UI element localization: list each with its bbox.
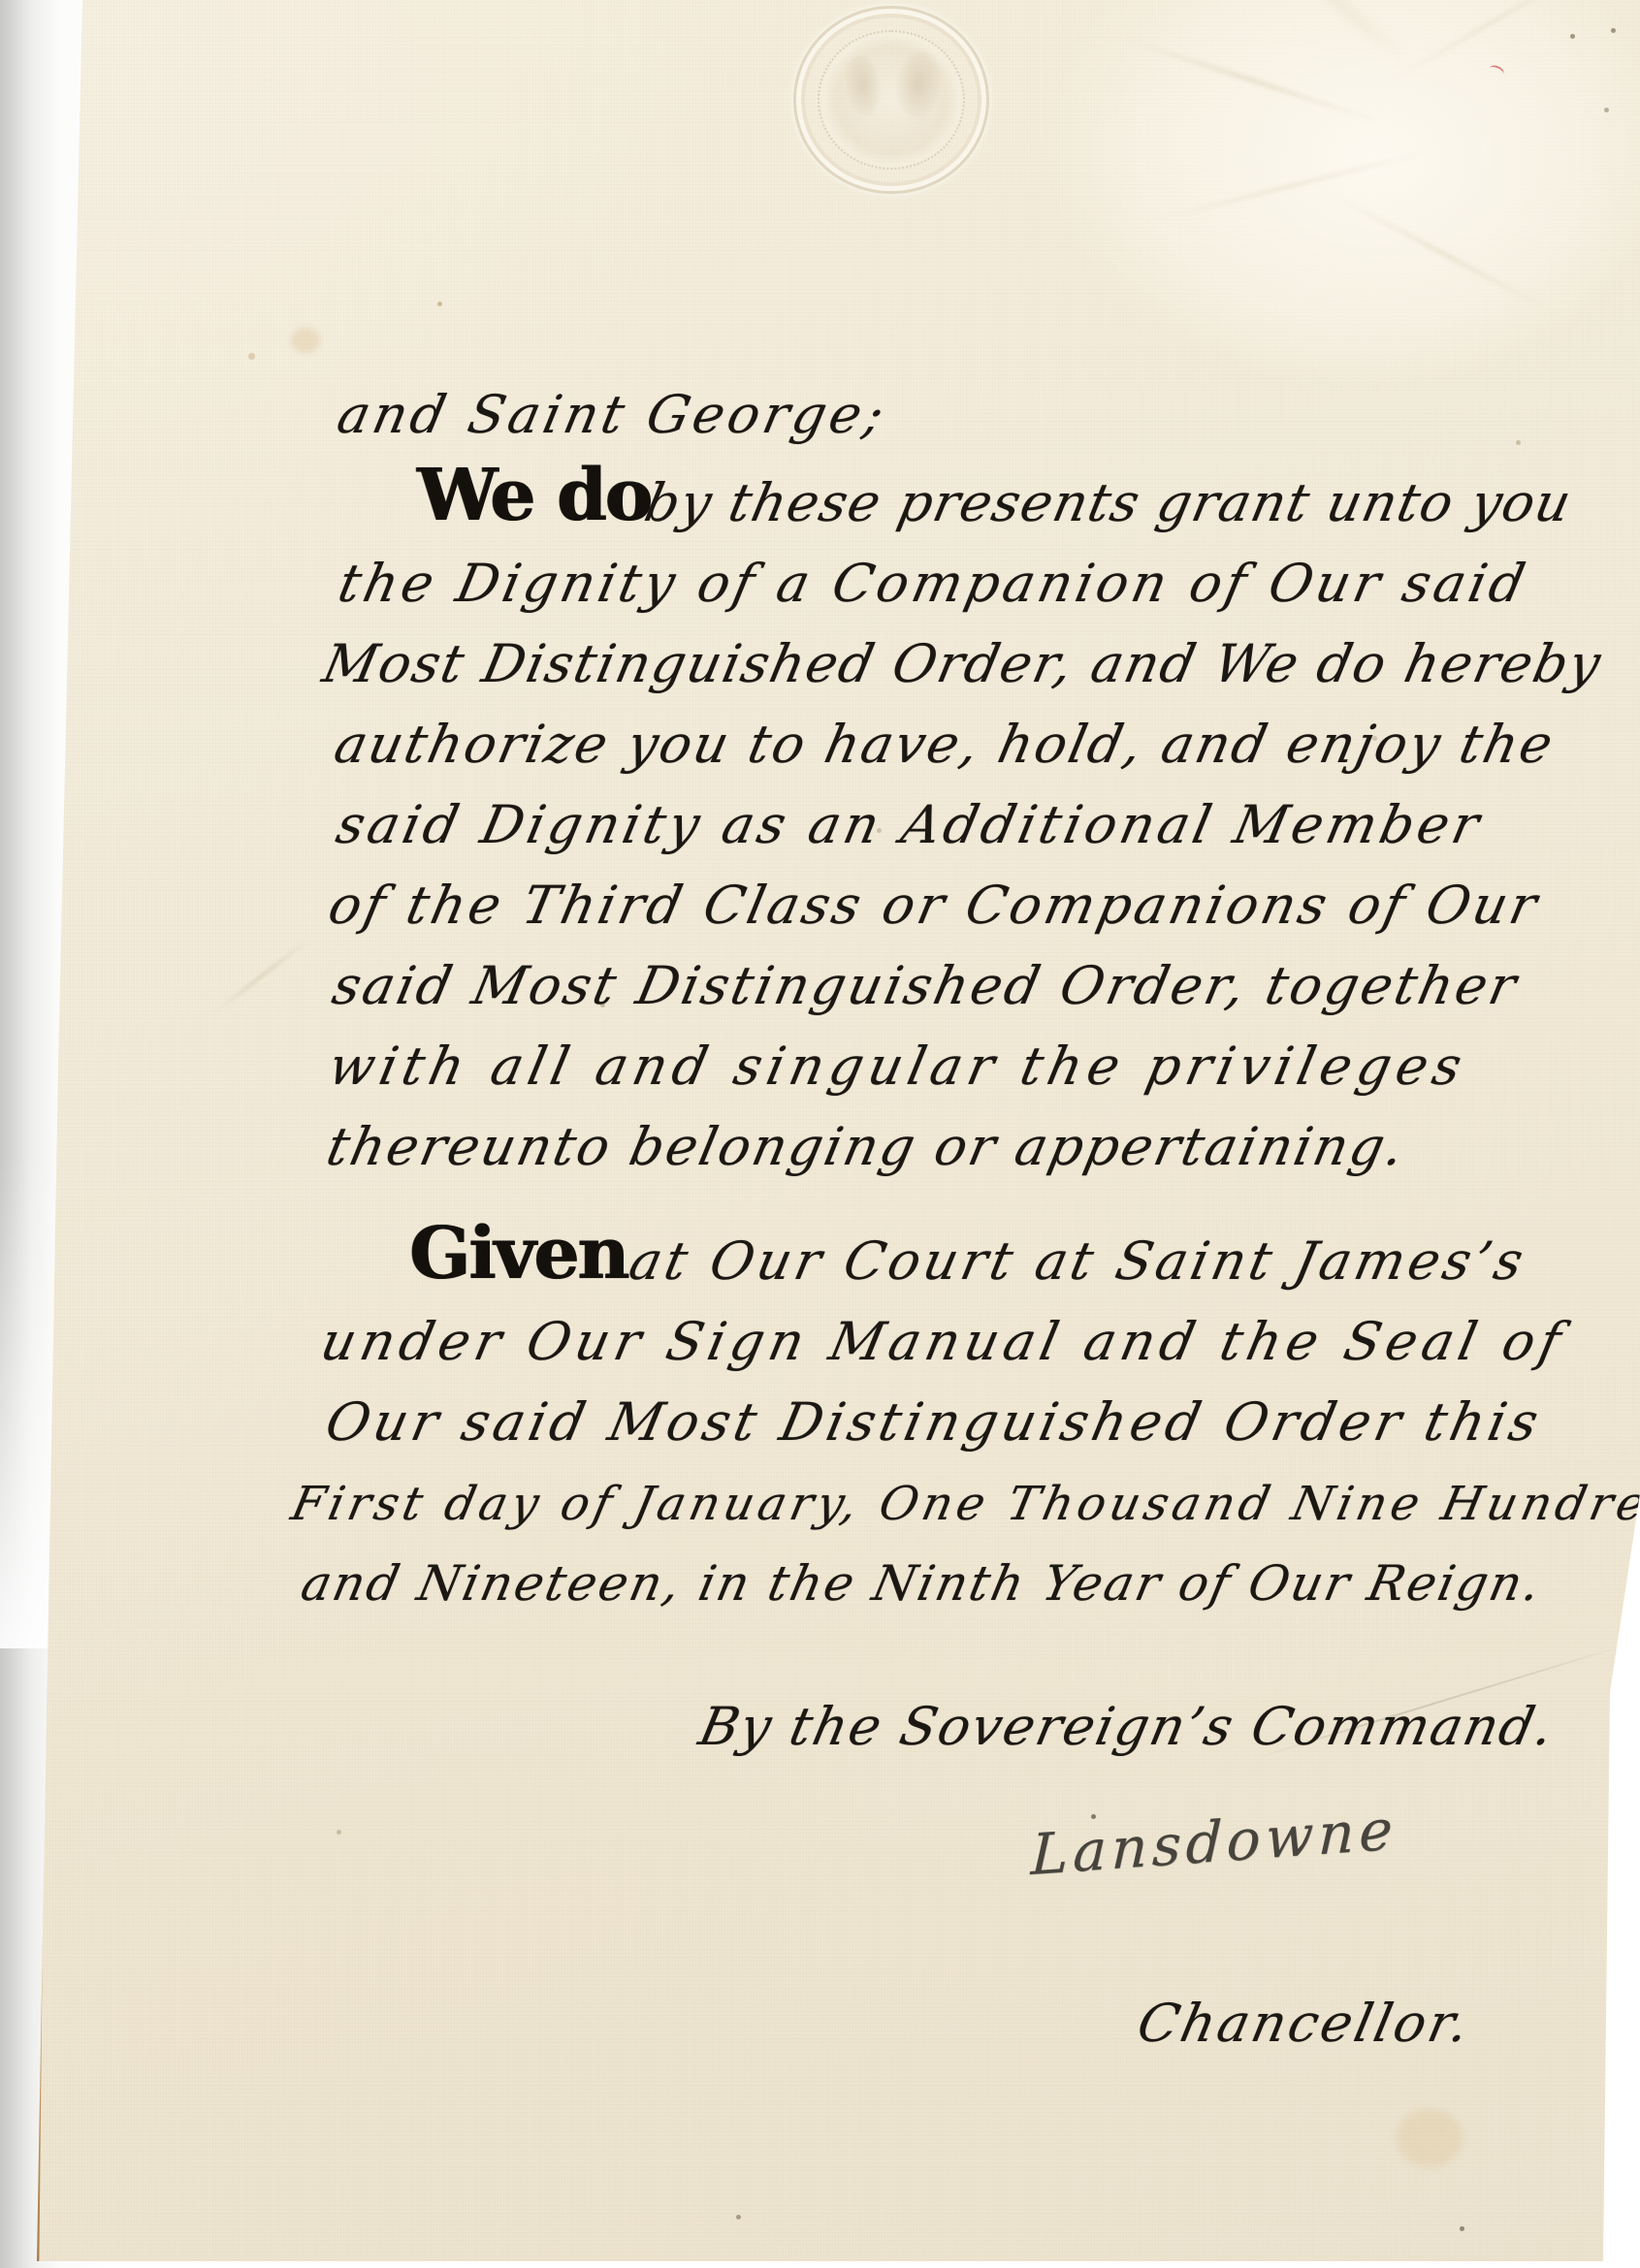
wrinkle-streak [1121, 36, 1381, 124]
body-line: said Dignity as an Additional Member [332, 799, 1487, 851]
signatory-title-line: Chancellor. [1133, 1997, 1476, 2050]
water-damage-patch [1086, 0, 1640, 388]
body-line: thereunto belonging or appertaining. [322, 1121, 1410, 1173]
wrinkle-streak [1242, 0, 1425, 78]
red-fiber-mark [1487, 63, 1505, 80]
closing-line: By the Sovereign’s Command. [694, 1701, 1560, 1753]
seal-inner-ring [818, 30, 965, 170]
paper-stain [291, 328, 320, 353]
wrinkle-streak [1333, 193, 1558, 315]
body-line: at Our Court at Saint James’s [625, 1235, 1531, 1288]
paper-stain [1397, 2109, 1463, 2167]
blackletter-given: Given [409, 1218, 627, 1290]
embossed-seal-icon [793, 6, 989, 194]
body-line: under Our Sign Manual and the Seal of [316, 1316, 1570, 1368]
body-line: authorize you to have, hold, and enjoy t… [330, 719, 1559, 771]
body-line: Most Distinguished Order, and We do here… [318, 638, 1606, 690]
scanned-document: and Saint George; We do by these present… [0, 0, 1640, 2268]
body-line: of the Third Class or Companions of Our [324, 879, 1544, 932]
body-line: said Most Distinguished Order, together [328, 960, 1523, 1012]
body-line: First day of January, One Thousand Nine … [287, 1481, 1640, 1527]
body-line: and Nineteen, in the Ninth Year of Our R… [297, 1559, 1547, 1608]
certificate-page: and Saint George; We do by these present… [0, 0, 1640, 2268]
body-line: Our said Most Distinguished Order this [321, 1396, 1547, 1449]
body-line: by these presents grant unto you [640, 477, 1576, 529]
wrinkle-streak [1148, 149, 1431, 223]
opening-fragment-line: and Saint George; [333, 389, 891, 441]
blackletter-we-do: We do [417, 460, 651, 531]
body-line: the Dignity of a Companion of Our said [334, 558, 1532, 610]
body-line: with all and singular the privileges [324, 1040, 1471, 1093]
